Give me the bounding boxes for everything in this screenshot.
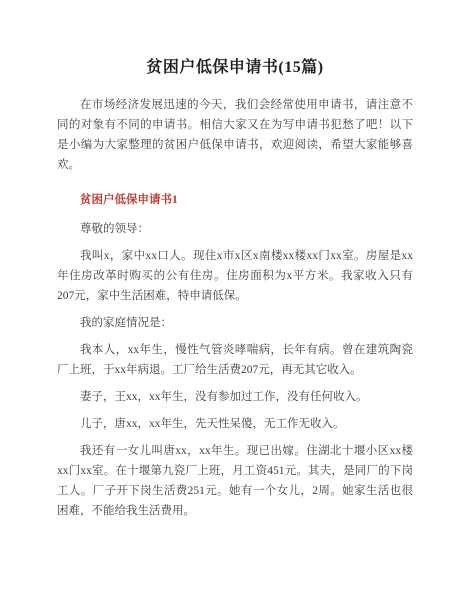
document-page: 贫困户低保申请书(15篇) 在市场经济发展迅速的今天，我们会经常使用申请书，请注… <box>0 0 463 600</box>
salutation: 尊敬的领导： <box>57 219 413 239</box>
body-paragraph: 儿子，唐xx，xx年生，先天性呆傻，无工作无收入。 <box>57 414 413 434</box>
body-paragraphs: 我叫x，家中xx口人。现住x市x区x南楼xx楼xx门xx室。房屋是xx年住房改革… <box>57 246 413 521</box>
intro-paragraph: 在市场经济发展迅速的今天，我们会经常使用申请书，请注意不同的对象有不同的申请书。… <box>57 95 413 175</box>
body-paragraph: 我的家庭情况是： <box>57 313 413 333</box>
page-title: 贫困户低保申请书(15篇) <box>57 57 413 78</box>
section-heading: 贫困户低保申请书1 <box>57 190 413 210</box>
body-paragraph: 妻子，王xx，xx年生，没有参加过工作，没有任何收入。 <box>57 387 413 407</box>
body-paragraph: 我叫x，家中xx口人。现住x市x区x南楼xx楼xx门xx室。房屋是xx年住房改革… <box>57 246 413 306</box>
body-paragraph: 我还有一女儿叫唐xx，xx年生。现已出嫁。住湖北十堰小区xx楼xx门xx室。在十… <box>57 441 413 521</box>
body-paragraph: 我本人，xx年生，慢性气管炎哮喘病，长年有病。曾在建筑陶瓷厂上班，于xx年病退。… <box>57 340 413 380</box>
